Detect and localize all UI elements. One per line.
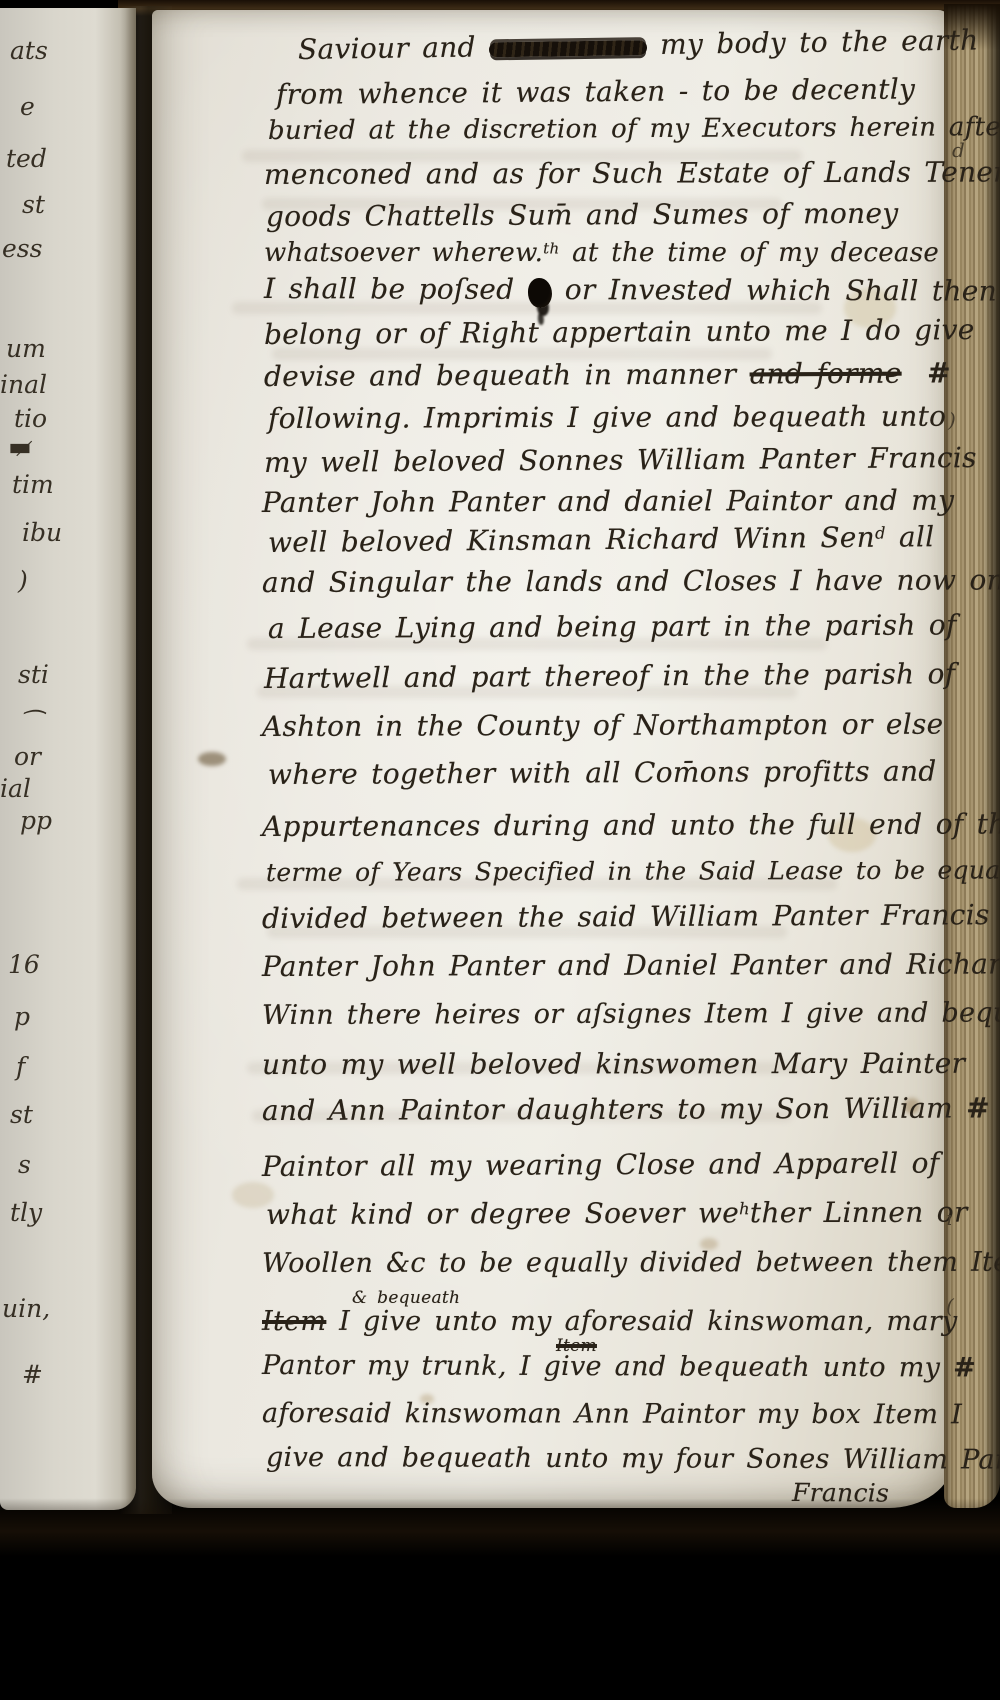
edge-ink-mark: ) [948, 408, 956, 432]
manuscript-line: and Singular the lands and Closes I have… [262, 563, 1000, 599]
struck-text: and forme [750, 357, 902, 391]
manuscript-line: Saviour and my body to the earth [298, 23, 979, 65]
interlinear-insertion: & bequeath [352, 1288, 460, 1308]
handwritten-text: h [739, 1199, 750, 1218]
handwritten-text: th [543, 239, 559, 257]
handwritten-text: Panter John Panter and Daniel Panter and… [262, 947, 1000, 983]
handwritten-text: terme of Years Specified in the Said Lea… [266, 855, 1000, 887]
handwritten-text: devise and bequeath in manner [264, 357, 750, 393]
handwritten-text: # [966, 1091, 989, 1124]
manuscript-line: Ashton in the County of Northampton or e… [262, 708, 944, 743]
manuscript-line: Item I give unto my aforesaid kinswoman,… [262, 1306, 957, 1337]
handwritten-text: all [886, 520, 935, 553]
manuscript-photo: atsetedstessuminaltio▬̷timibu)sti⁀orialp… [0, 0, 1000, 1700]
edge-ink-mark: ı [946, 1206, 952, 1230]
manuscript-line: aforesaid kinswoman Ann Paintor my box I… [262, 1398, 962, 1430]
handwritten-text: at the time of my decease [560, 238, 940, 268]
handwritten-text: Woollen &c to be equally divided between… [262, 1247, 1000, 1279]
handwritten-text: & bequeath [352, 1288, 460, 1308]
manuscript-line: Winn there heires or aſsignes Item I giv… [262, 997, 1000, 1031]
handwritten-text: Pantor my trunk, I give and bequeath unt… [262, 1350, 953, 1383]
handwritten-text: Panter John Panter and daniel Paintor an… [262, 484, 954, 519]
manuscript-line: and Ann Paintor daughters to my Son Will… [262, 1091, 989, 1127]
handwritten-text: # [902, 356, 950, 389]
manuscript-line: my well beloved Sonnes William Panter Fr… [264, 441, 977, 479]
handwritten-text: aforesaid kinswoman Ann Paintor my box I… [262, 1398, 962, 1430]
manuscript-line: buried at the discretion of my Executors… [268, 112, 1000, 146]
manuscript-line: I shall be poſsed or Invested which Shal… [264, 272, 997, 310]
edge-ink-mark: ( [946, 1294, 954, 1318]
handwritten-text: whatsoever wherew. [264, 238, 543, 268]
manuscript-line: goods Chattells Sum̄ and Sumes of money [266, 197, 899, 233]
handwritten-text: unto my well beloved kinswomen Mary Pain… [262, 1047, 965, 1081]
manuscript-line: Appurtenances during and unto the full e… [262, 807, 1000, 843]
manuscript-line: following. Imprimis I give and bequeath … [268, 400, 946, 435]
handwritten-text: a Lease Lying and being part in the pari… [268, 608, 957, 645]
scribbled-out-word [489, 40, 647, 57]
handwritten-text: where together with all Com̄ons profitts… [268, 754, 937, 791]
handwritten-text: my body to the earth [647, 23, 979, 61]
struck-text: Item [262, 1306, 326, 1337]
manuscript-line: a Lease Lying and being part in the pari… [268, 608, 957, 645]
handwritten-text: divided between the said William Panter … [262, 898, 990, 935]
handwritten-text: Winn there heires or aſsignes Item I giv… [262, 997, 1000, 1031]
handwritten-text: Ashton in the County of Northampton or e… [262, 708, 944, 743]
handwritten-text: d [875, 524, 886, 543]
handwritten-text: Saviour and [298, 30, 489, 66]
text-layer: Saviour and my body to the earthfrom whe… [0, 0, 1000, 1530]
manuscript-line: from whence it was taken - to be decentl… [276, 72, 915, 111]
manuscript-line: what kind or degree Soever wehther Linne… [266, 1196, 968, 1231]
handwritten-text: following. Imprimis I give and bequeath … [268, 400, 946, 435]
handwritten-text: Hartwell and part thereof in the the par… [264, 657, 956, 695]
manuscript-line: terme of Years Specified in the Said Lea… [266, 855, 1000, 887]
manuscript-line: Pantor my trunk, I give and bequeath unt… [262, 1350, 975, 1383]
manuscript-line: where together with all Com̄ons profitts… [268, 754, 937, 791]
handwritten-text: and Ann Paintor daughters to my Son Will… [262, 1092, 966, 1127]
handwritten-text: I give unto my aforesaid kinswoman, mary [326, 1306, 957, 1337]
handwritten-text: my well beloved Sonnes William Panter Fr… [264, 441, 977, 479]
handwritten-text: what kind or degree Soever we [266, 1196, 739, 1231]
manuscript-line: Panter John Panter and daniel Paintor an… [262, 484, 954, 519]
manuscript-line: whatsoever wherew.th at the time of my d… [264, 238, 939, 268]
handwritten-text: or Invested which Shall then [552, 273, 998, 308]
manuscript-line: Woollen &c to be equally divided between… [262, 1247, 1000, 1279]
handwritten-text: well beloved Kinsman Richard Winn Sen [268, 521, 875, 559]
handwritten-text: # [953, 1352, 975, 1383]
handwritten-text: goods Chattells Sum̄ and Sumes of money [266, 197, 899, 233]
handwritten-text: ther Linnen or [750, 1196, 968, 1230]
manuscript-line: divided between the said William Panter … [262, 898, 990, 935]
handwritten-text: from whence it was taken - to be decentl… [276, 72, 915, 111]
manuscript-line: Hartwell and part thereof in the the par… [264, 657, 956, 695]
manuscript-line: unto my well beloved kinswomen Mary Pain… [262, 1047, 965, 1081]
handwritten-text: Appurtenances during and unto the full e… [262, 807, 1000, 843]
handwritten-text: belong or of Right appertain unto me I d… [264, 313, 975, 351]
manuscript-line: belong or of Right appertain unto me I d… [264, 313, 975, 351]
handwritten-text: and Singular the lands and Closes I have… [262, 563, 1000, 599]
manuscript-line: Panter John Panter and Daniel Panter and… [262, 947, 1000, 983]
handwritten-text: Paintor all my wearing Close and Apparel… [262, 1146, 940, 1183]
manuscript-line: Paintor all my wearing Close and Apparel… [262, 1146, 940, 1183]
handwritten-text: I shall be poſsed [264, 272, 528, 306]
handwritten-text: buried at the discretion of my Executors… [268, 112, 1000, 146]
handwritten-text: menconed and as for Such Estate of Lands… [264, 155, 1000, 191]
manuscript-line: devise and bequeath in manner and forme … [264, 356, 950, 393]
manuscript-line: well beloved Kinsman Richard Winn Send a… [268, 520, 935, 559]
edge-ink-mark: d [952, 138, 965, 162]
manuscript-line: menconed and as for Such Estate of Lands… [264, 155, 1000, 191]
page-bottom-shadow [0, 1452, 1000, 1562]
ink-blot [528, 278, 552, 308]
